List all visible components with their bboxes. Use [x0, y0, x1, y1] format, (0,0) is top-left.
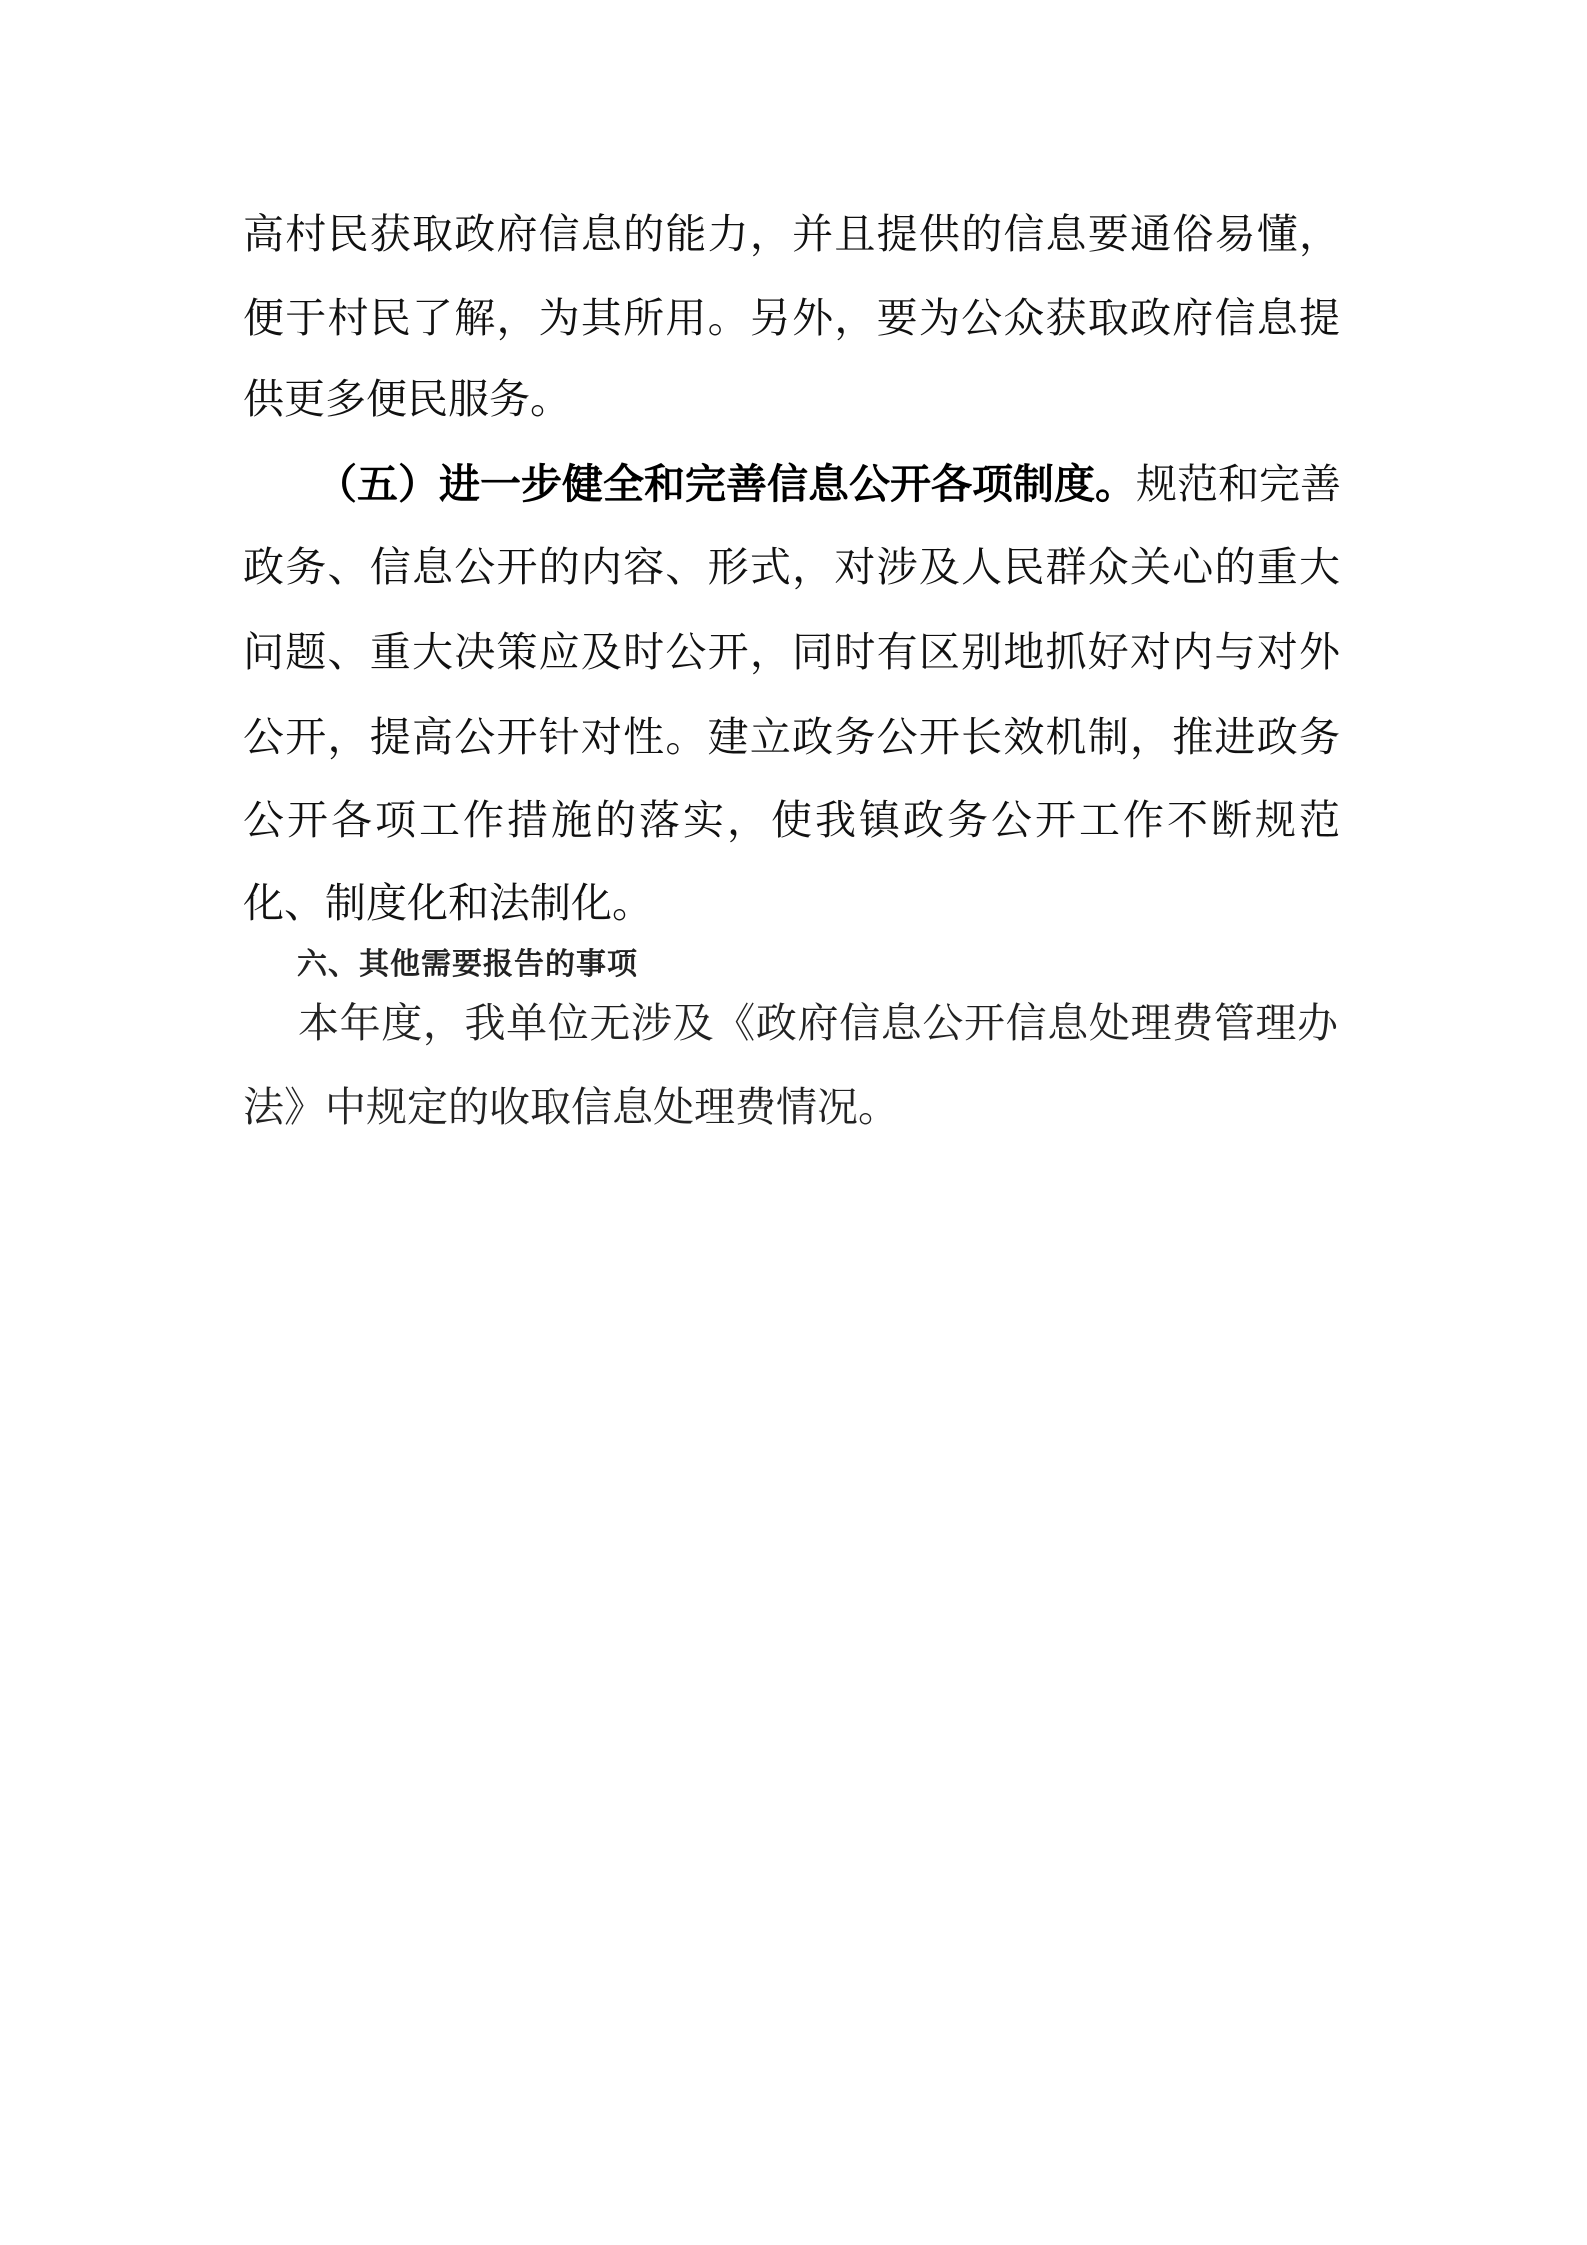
paragraph-line: 便于村民了解，为其所用。另外，要为公众获取政府信息提: [243, 276, 1340, 360]
bold-subheading: （五）进一步健全和完善信息公开各项制度。: [316, 460, 1136, 508]
paragraph-line: 公开，提高公开针对性。建立政务公开长效机制，推进政务: [243, 695, 1340, 779]
paragraph-line: 化、制度化和法制化。: [243, 861, 1340, 945]
paragraph-line: 政务、信息公开的内容、形式，对涉及人民群众关心的重大: [243, 525, 1340, 609]
paragraph-line: 问题、重大决策应及时公开，同时有区别地抓好对内与对外: [243, 610, 1340, 694]
paragraph-line: 法》中规定的收取信息处理费情况。: [243, 1065, 1340, 1149]
paragraph-line: 本年度，我单位无涉及《政府信息公开信息处理费管理办: [298, 981, 1338, 1065]
paragraph-line: 供更多便民服务。: [243, 357, 1340, 441]
document-page: 高村民获取政府信息的能力，并且提供的信息要通俗易懂， 便于村民了解，为其所用。另…: [0, 0, 1587, 2245]
section-heading: 六、其他需要报告的事项: [297, 945, 638, 985]
paragraph-line: 公开各项工作措施的落实，使我镇政务公开工作不断规范: [243, 778, 1340, 862]
paragraph-line: 高村民获取政府信息的能力，并且提供的信息要通俗易懂，: [243, 192, 1340, 276]
paragraph-first-line: （五）进一步健全和完善信息公开各项制度。规范和完善: [316, 442, 1340, 526]
paragraph-text: 规范和完善: [1136, 460, 1341, 508]
